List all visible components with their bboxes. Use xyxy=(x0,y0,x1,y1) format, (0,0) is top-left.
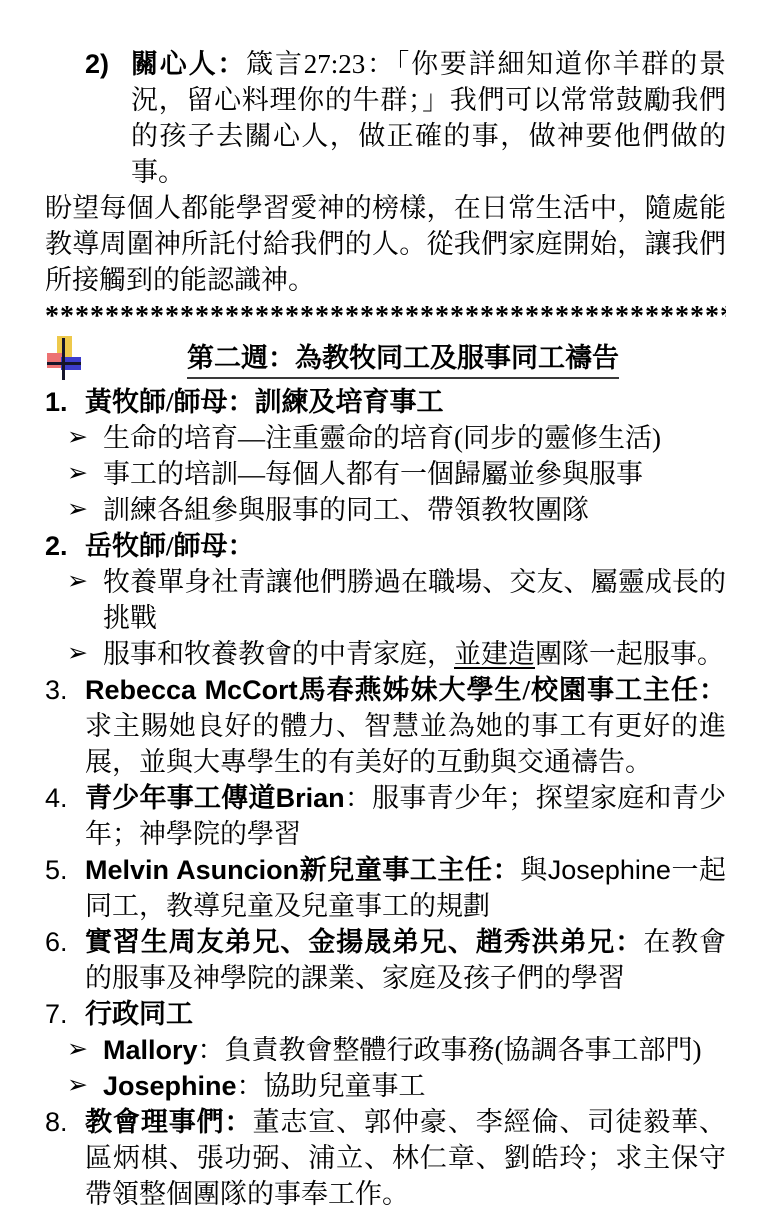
item-number: 2. xyxy=(45,528,85,564)
item-number: 4. xyxy=(45,780,85,852)
list-item: 7. 行政同工 xyxy=(45,996,726,1032)
item-head: 岳牧師/師母： xyxy=(85,531,255,561)
prayer-list: 1. 黃牧師/師母：訓練及培育事工 ➢ 生命的培育—注重靈命的培育(同步的靈修生… xyxy=(45,384,726,1212)
person-name: Mallory xyxy=(103,1035,198,1065)
intro-item-text: 關心人：箴言27:23：「你要詳細知道你羊群的景況，留心料理你的牛群；」我們可以… xyxy=(131,46,726,190)
intro-item-number: 2) xyxy=(85,46,131,190)
bullet-text: 服事和牧養教會的中青家庭，並建造團隊一起服事。 xyxy=(103,636,726,672)
bullet-item: ➢ 服事和牧養教會的中青家庭，並建造團隊一起服事。 xyxy=(67,636,726,672)
section-header: 第二週：為教牧同工及服事同工禱告 xyxy=(45,334,726,384)
bullet-item: ➢ Mallory：負責教會整體行政事務(協調各事工部門) xyxy=(67,1032,726,1068)
intro-item-label: 關心人： xyxy=(131,49,246,79)
item-number: 7. xyxy=(45,996,85,1032)
stars-divider: ****************************************… xyxy=(45,300,726,334)
bullet-item: ➢ 生命的培育—注重靈命的培育(同步的靈修生活) xyxy=(67,420,726,456)
arrowhead-bullet-icon: ➢ xyxy=(67,636,103,672)
list-item: 6. 實習生周友弟兄、金揚晟弟兄、趙秀洪弟兄：在教會的服事及神學院的課業、家庭及… xyxy=(45,924,726,996)
arrowhead-bullet-icon: ➢ xyxy=(67,1068,103,1104)
list-item: 3. Rebecca McCort馬春燕姊妹大學生/校園事工主任：求主賜她良好的… xyxy=(45,672,726,780)
bullet-item: ➢ 牧養單身社青讓他們勝過在職場、交友、屬靈成長的挑戰 xyxy=(67,564,726,636)
item-head: 行政同工 xyxy=(85,999,193,1029)
cross-horizontal-bar xyxy=(47,362,81,365)
item-head: 黃牧師/師母：訓練及培育事工 xyxy=(85,387,444,417)
list-item: 5. Melvin Asuncion新兒童事工主任：與Josephine一起同工… xyxy=(45,852,726,924)
list-item: 2. 岳牧師/師母： xyxy=(45,528,726,564)
bullet-item: ➢ Josephine：協助兒童事工 xyxy=(67,1068,726,1104)
cross-clipart-icon xyxy=(47,336,81,382)
bullet-item: ➢ 訓練各組參與服事的同工、帶領教牧團隊 xyxy=(67,492,726,528)
item-number: 5. xyxy=(45,852,85,924)
item-number: 8. xyxy=(45,1104,85,1212)
item-head: 新兒童事工主任： xyxy=(299,855,520,885)
list-item: 4. 青少年事工傳道Brian：服事青少年；探望家庭和青少年；神學院的學習 xyxy=(45,780,726,852)
item-head: 馬春燕姊妹大學生/校園事工主任： xyxy=(298,675,726,705)
arrowhead-bullet-icon: ➢ xyxy=(67,492,103,528)
item-head: 實習生周友弟兄、金揚晟弟兄、趙秀洪弟兄： xyxy=(85,927,643,957)
person-name: Brian xyxy=(276,783,345,813)
document-page: 2) 關心人：箴言27:23：「你要詳細知道你羊群的景況，留心料理你的牛群；」我… xyxy=(0,0,768,1232)
item-number: 3. xyxy=(45,672,85,780)
section-title: 第二週：為教牧同工及服事同工禱告 xyxy=(187,340,619,379)
person-name: Josephine xyxy=(103,1071,237,1101)
cross-vertical-bar xyxy=(62,338,65,380)
item-number: 6. xyxy=(45,924,85,996)
intro-item: 2) 關心人：箴言27:23：「你要詳細知道你羊群的景況，留心料理你的牛群；」我… xyxy=(85,46,726,190)
bullet-text: ：負責教會整體行政事務(協調各事工部門) xyxy=(198,1035,702,1065)
closing-paragraph: 盼望每個人都能學習愛神的榜樣，在日常生活中，隨處能教導周圍神所託付給我們的人。從… xyxy=(45,190,726,298)
bullet-text: 牧養單身社青讓他們勝過在職場、交友、屬靈成長的挑戰 xyxy=(103,564,726,636)
bullet-text: 訓練各組參與服事的同工、帶領教牧團隊 xyxy=(103,492,726,528)
person-name: Rebecca McCort xyxy=(85,675,298,705)
bullet-item: ➢ 事工的培訓—每個人都有一個歸屬並參與服事 xyxy=(67,456,726,492)
arrowhead-bullet-icon: ➢ xyxy=(67,456,103,492)
person-name: Josephine xyxy=(548,855,671,885)
underlined-segment: 並建造 xyxy=(454,639,535,669)
item-number: 1. xyxy=(45,384,85,420)
arrowhead-bullet-icon: ➢ xyxy=(67,1032,103,1068)
person-name: Melvin Asuncion xyxy=(85,855,299,885)
bullet-text: 事工的培訓—每個人都有一個歸屬並參與服事 xyxy=(103,456,726,492)
item-head: 教會理事們： xyxy=(85,1107,252,1137)
list-item: 1. 黃牧師/師母：訓練及培育事工 xyxy=(45,384,726,420)
bullet-text: 生命的培育—注重靈命的培育(同步的靈修生活) xyxy=(103,420,726,456)
item-text: 求主賜她良好的體力、智慧並為她的事工有更好的進展，並與大專學生的有美好的互動與交… xyxy=(85,711,726,777)
item-head: 青少年事工傳道 xyxy=(85,783,276,813)
list-item: 8. 教會理事們：董志宣、郭仲豪、李經倫、司徒毅華、區炳棋、張功弼、浦立、林仁章… xyxy=(45,1104,726,1212)
red-block xyxy=(47,353,62,368)
item-text: 與 xyxy=(520,855,548,885)
arrowhead-bullet-icon: ➢ xyxy=(67,564,103,636)
bullet-text: ：協助兒童事工 xyxy=(237,1071,426,1101)
arrowhead-bullet-icon: ➢ xyxy=(67,420,103,456)
